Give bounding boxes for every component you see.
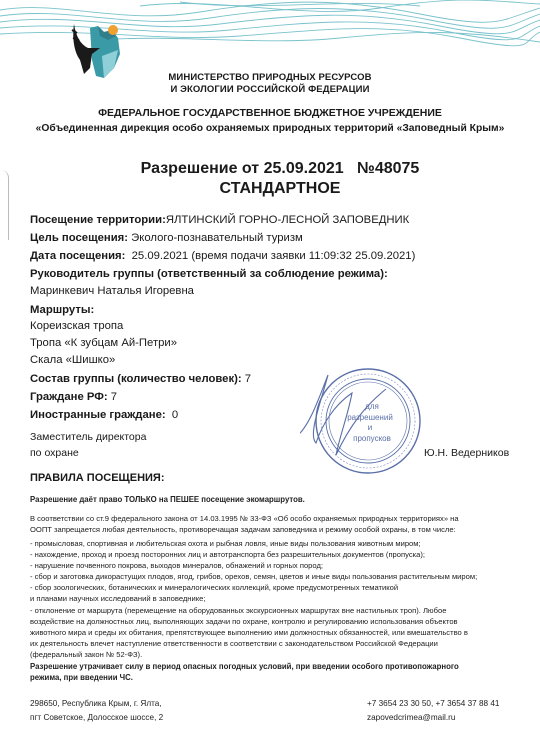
leader-value: Маринкевич Наталья Игоревна bbox=[30, 285, 194, 297]
stamp-text-line: и bbox=[368, 423, 372, 432]
foreign-citizens-label: Иностранные граждане: bbox=[30, 409, 166, 421]
leader-label: Руководитель группы (ответственный за со… bbox=[30, 268, 388, 280]
signer-name: Ю.Н. Ведерников bbox=[424, 447, 509, 459]
territory-label: Посещение территории: bbox=[30, 214, 166, 226]
rules-line: животного мира и среды их обитания, преп… bbox=[30, 628, 468, 637]
institution-line-1: ФЕДЕРАЛЬНОЕ ГОСУДАРСТВЕННОЕ БЮДЖЕТНОЕ УЧ… bbox=[0, 107, 540, 119]
signer-position-line-2: по охране bbox=[30, 447, 79, 459]
rules-line: В соответствии со ст.9 федерального зако… bbox=[30, 514, 459, 523]
rules-line: - промысловая, спортивная и любительская… bbox=[30, 539, 421, 548]
routes-field: Маршруты: bbox=[30, 304, 94, 316]
ministry-line-1: МИНИСТЕРСТВО ПРИРОДНЫХ РЕСУРСОВ bbox=[0, 72, 540, 83]
rules-line: - сбор зоологических, ботанических и мин… bbox=[30, 583, 398, 592]
stamp-text-line: для bbox=[365, 402, 379, 411]
date-label: Дата посещения: bbox=[30, 250, 125, 262]
group-size-label: Состав группы (количество человек): bbox=[30, 373, 242, 385]
rules-bold-note: Разрешение даёт право ТОЛЬКО на ПЕШЕЕ по… bbox=[30, 495, 305, 504]
rules-line: воздействие на должностных лиц, выполняю… bbox=[30, 617, 458, 626]
rules-final-bold-2: режима, при введении ЧС. bbox=[30, 673, 133, 682]
routes-label: Маршруты: bbox=[30, 304, 94, 316]
date-field: Дата посещения: 25.09.2021 (время подачи… bbox=[30, 250, 415, 262]
official-stamp: для разрешений и пропусков bbox=[300, 365, 425, 480]
signer-position-line-1: Заместитель директора bbox=[30, 431, 146, 443]
rules-line: - сбор и заготовка дикорастущих плодов, … bbox=[30, 572, 477, 581]
leader-field: Руководитель группы (ответственный за со… bbox=[30, 268, 388, 280]
route-item: Тропа «К зубцам Ай-Петри» bbox=[30, 337, 177, 349]
rules-line: и планами научных исследований в заповед… bbox=[30, 594, 205, 603]
route-item: Скала «Шишко» bbox=[30, 354, 115, 366]
stamp-text-line: пропусков bbox=[353, 434, 391, 443]
territory-field: Посещение территории:ЯЛТИНСКИЙ ГОРНО-ЛЕС… bbox=[30, 214, 409, 226]
group-size-value: 7 bbox=[242, 373, 251, 385]
rf-citizens-value: 7 bbox=[108, 391, 117, 403]
route-item: Кореизская тропа bbox=[30, 320, 123, 332]
rules-line: ООПТ запрещается любая деятельность, про… bbox=[30, 525, 456, 534]
foreign-citizens-field: Иностранные граждане: 0 bbox=[30, 409, 178, 421]
rules-final-bold-1: Разрешение утрачивает силу в период опас… bbox=[30, 662, 459, 671]
group-size-field: Состав группы (количество человек): 7 bbox=[30, 373, 251, 385]
purpose-value: Эколого-познавательный туризм bbox=[128, 232, 303, 244]
permit-title: Разрешение от 25.09.2021 №48075 bbox=[0, 160, 540, 178]
footer-phones: +7 3654 23 30 50, +7 3654 37 88 41 bbox=[367, 699, 500, 708]
rules-line: - нахождение, проход и проезд посторонни… bbox=[30, 550, 425, 559]
ministry-line-2: И ЭКОЛОГИИ РОССИЙСКОЙ ФЕДЕРАЦИИ bbox=[0, 84, 540, 95]
rf-citizens-label: Граждане РФ: bbox=[30, 391, 108, 403]
footer-email[interactable]: zapovedcrimea@mail.ru bbox=[367, 713, 455, 722]
stamp-text-line: разрешений bbox=[347, 413, 393, 422]
footer-address-line-1: 298650, Республика Крым, г. Ялта, bbox=[30, 699, 162, 708]
purpose-field: Цель посещения: Эколого-познавательный т… bbox=[30, 232, 303, 244]
permit-type: СТАНДАРТНОЕ bbox=[0, 180, 540, 198]
purpose-label: Цель посещения: bbox=[30, 232, 128, 244]
rules-heading-text: ПРАВИЛА ПОСЕЩЕНИЯ: bbox=[30, 472, 165, 484]
institution-line-2: «Объединенная дирекция особо охраняемых … bbox=[0, 123, 540, 134]
rf-citizens-field: Граждане РФ: 7 bbox=[30, 391, 117, 403]
rules-line: - отклонение от маршрута (перемещение на… bbox=[30, 606, 446, 615]
rules-line: их деятельность влечет наступление ответ… bbox=[30, 639, 438, 648]
rules-heading: ПРАВИЛА ПОСЕЩЕНИЯ: bbox=[30, 472, 165, 484]
rules-line: - нарушение почвенного покрова, выходов … bbox=[30, 561, 323, 570]
date-value: 25.09.2021 (время подачи заявки 11:09:32… bbox=[125, 250, 415, 262]
footer-address-line-2: пгт Советское, Долосское шоссе, 2 bbox=[30, 713, 163, 722]
foreign-citizens-value: 0 bbox=[166, 409, 179, 421]
territory-value: ЯЛТИНСКИЙ ГОРНО-ЛЕСНОЙ ЗАПОВЕДНИК bbox=[166, 214, 409, 226]
rules-line: (федеральный закон № 52-ФЗ). bbox=[30, 650, 142, 659]
